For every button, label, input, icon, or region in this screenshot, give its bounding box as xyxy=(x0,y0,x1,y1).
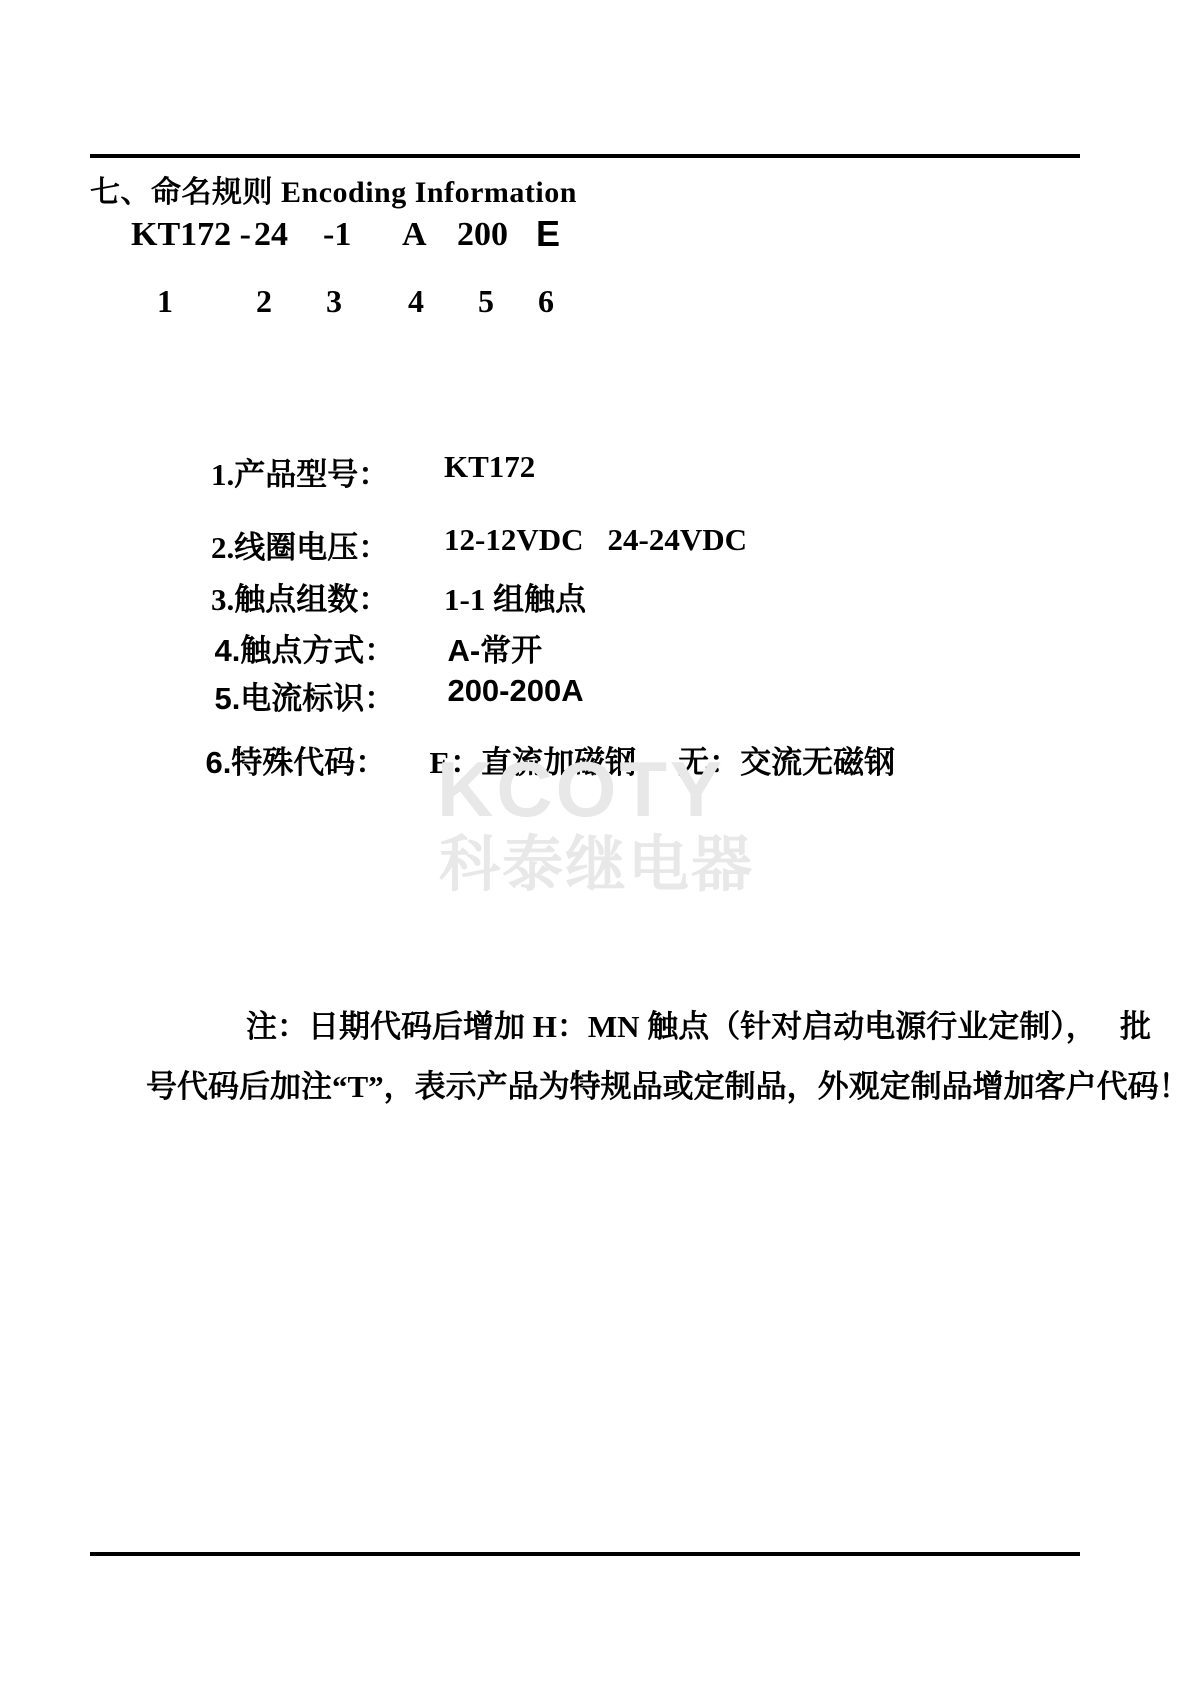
page-title: 七、命名规则 Encoding Information xyxy=(90,167,577,211)
code-segment-contact-groups: -1 xyxy=(323,216,351,254)
watermark-company-name: 科泰继电器 xyxy=(439,834,754,895)
position-number-1: 1 xyxy=(157,283,173,320)
code-segment-special: E xyxy=(536,213,560,255)
spec-value: KT172 xyxy=(444,449,535,484)
note-line-1: 注：日期代码后增加 H：MN 触点（针对启动电源行业定制）， 批 xyxy=(246,1001,1151,1046)
watermark-brand-logo: KCOTY xyxy=(437,750,725,828)
position-number-4: 4 xyxy=(408,283,424,320)
note-line-2: 号代码后加注“T”，表示产品为特规品或定制品，外观定制品增加客户代码！ xyxy=(146,1061,1190,1106)
position-number-2: 2 xyxy=(256,283,272,320)
top-rule xyxy=(90,154,1080,158)
spec-label: 6.特殊代码： xyxy=(205,737,429,782)
position-number-6: 6 xyxy=(538,283,554,320)
code-segment-current: 200 xyxy=(457,216,508,254)
code-segment-model: KT172 - xyxy=(131,216,251,254)
code-segment-voltage: 24 xyxy=(254,216,288,254)
document-page: 七、命名规则 Encoding Information KT172 - 24 -… xyxy=(0,0,1190,1683)
position-number-3: 3 xyxy=(326,283,342,320)
spec-value-24vdc: 24-24VDC xyxy=(608,522,748,557)
bottom-rule xyxy=(90,1552,1080,1556)
code-segment-contact-form: A xyxy=(402,216,427,254)
position-number-5: 5 xyxy=(478,283,494,320)
